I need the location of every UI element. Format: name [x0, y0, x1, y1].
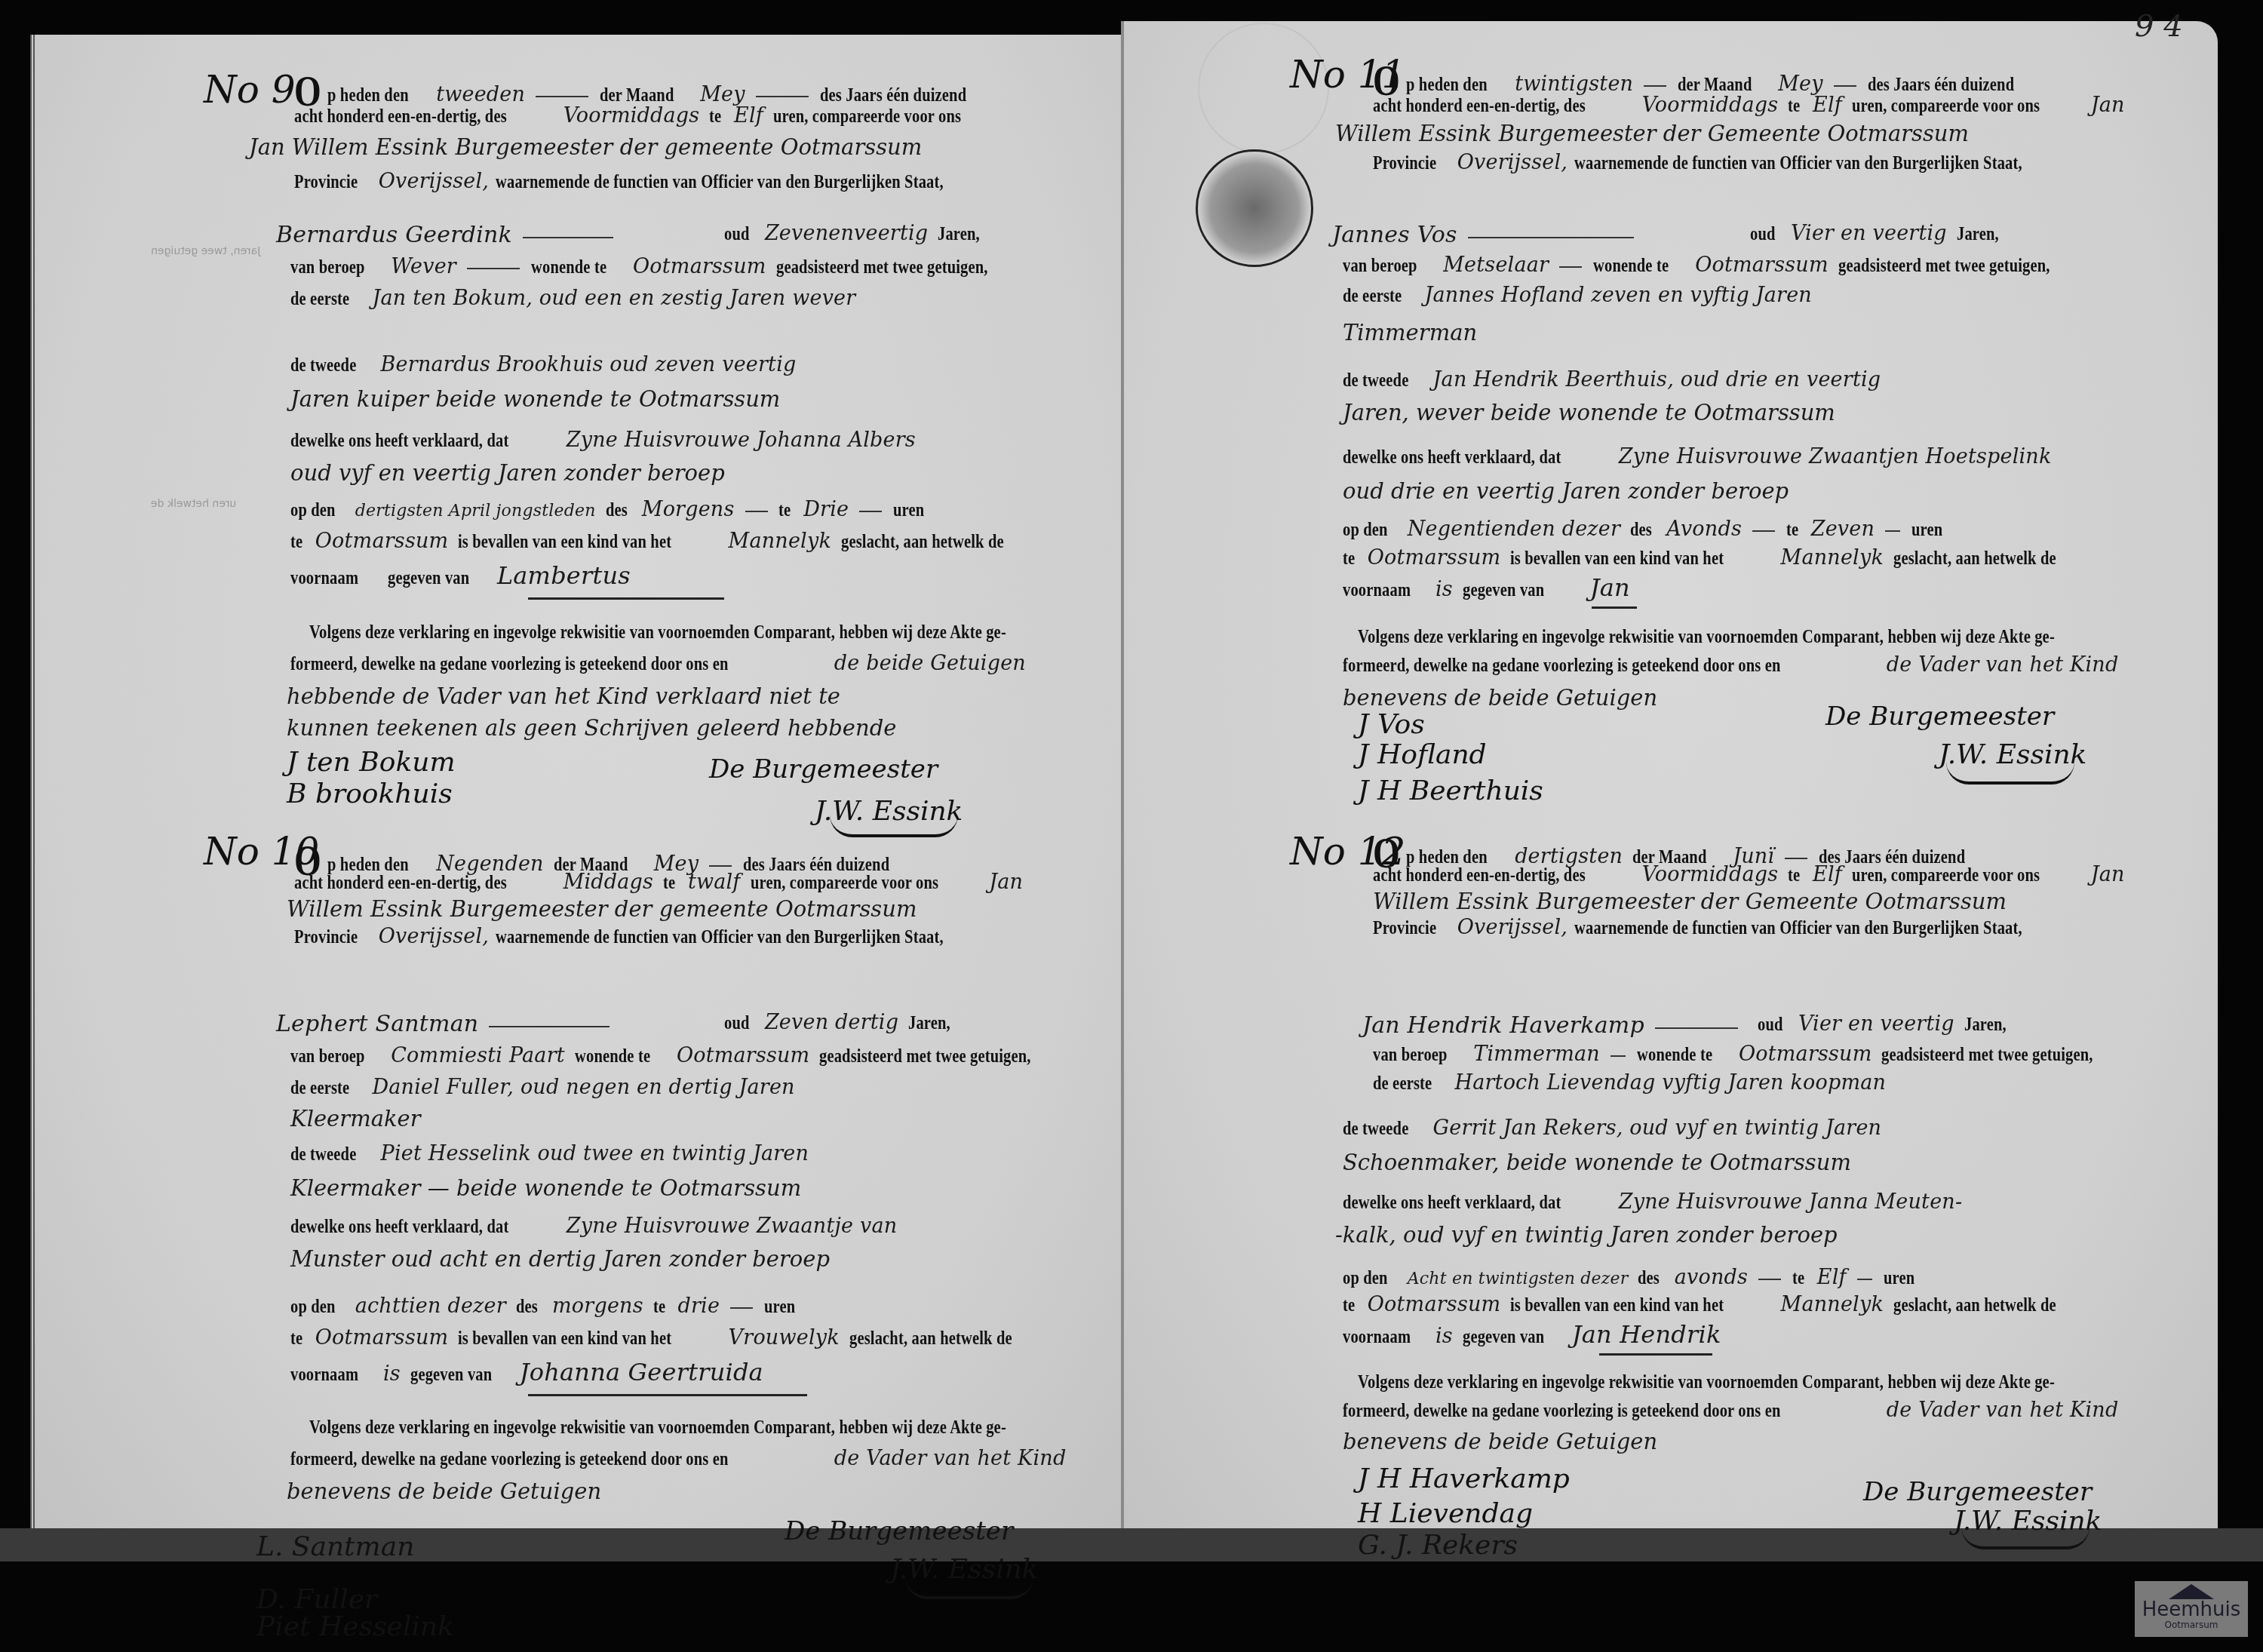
act-hour: Elf: [1813, 94, 1842, 117]
birth-date: Negentienden dezer: [1408, 517, 1620, 541]
witness-2-continued: Jaren, wever beide wonende te Ootmarssum: [1343, 400, 1835, 425]
child-name: Lambertus: [497, 561, 631, 590]
declarant-signature: J H Haverkamp: [1358, 1463, 1570, 1494]
mayor-title: De Burgemeester: [1825, 702, 2054, 732]
declarant-name: Lephert Santman: [276, 1011, 478, 1037]
child-name-underline: [1599, 1353, 1712, 1356]
official-name: Willem Essink Burgemeester der Gemeente …: [1373, 889, 2007, 914]
declarant-age: Vier en veertig: [1791, 222, 1947, 245]
declarant-name: Jan Hendrik Haverkamp: [1362, 1012, 1644, 1039]
child-name-underline: [1592, 606, 1637, 609]
birth-hour: Zeven: [1811, 517, 1875, 541]
bleed-through-text: uren hetwelk de: [151, 498, 236, 510]
official-name: Willem Essink Burgemeester der Gemeente …: [1335, 121, 1969, 146]
birth-place: Ootmarssum: [315, 530, 449, 553]
witness-2-continued: Jaren kuiper beide wonende te Ootmarssum: [290, 386, 780, 412]
official-name: Willem Essink Burgemeester der gemeente …: [287, 896, 917, 922]
signed-by-continued: benevens de beide Getuigen: [1343, 685, 1657, 711]
occupation: Metselaar: [1443, 253, 1549, 277]
birth-place: Ootmarssum: [1368, 1293, 1501, 1316]
signed-by: de Vader van het Kind: [1887, 1399, 2119, 1422]
witness-signature: Piet Hesselink: [256, 1611, 454, 1642]
occupation: Commiesti Paart: [391, 1044, 565, 1067]
birth-date: achttien dezer: [355, 1294, 506, 1318]
signature-flourish: [1946, 762, 2074, 785]
mayor-title: De Burgemeester: [1863, 1477, 2092, 1507]
official-name: Jan Willem Essink Burgemeester der gemee…: [249, 134, 922, 160]
declarant-signature: J Vos: [1358, 709, 1425, 740]
logo-place: Ootmarsum: [2135, 1620, 2248, 1629]
signed-by-continued: hebbende de Vader van het Kind verklaard…: [287, 683, 840, 709]
mother-continued: Munster oud acht en dertig Jaren zonder …: [290, 1246, 830, 1272]
folio-number: 9 4: [2135, 9, 2183, 44]
mayor-title: De Burgemeester: [709, 754, 938, 785]
act-daypart: Voormiddags: [563, 104, 700, 127]
child-name-underline: [528, 1394, 807, 1396]
act-daypart: Middags: [563, 871, 654, 894]
residence: Ootmarssum: [1739, 1042, 1872, 1066]
birth-place: Ootmarssum: [315, 1326, 449, 1350]
birth-hour: Drie: [803, 498, 849, 521]
birth-date: Acht en twintigsten dezer: [1408, 1270, 1629, 1288]
child-sex: Mannelyk: [1781, 546, 1884, 570]
declarant-age: Zeven dertig: [765, 1011, 898, 1034]
act-hour: Elf: [1813, 863, 1842, 886]
birth-hour: drie: [677, 1294, 720, 1318]
witness-signature: G. J. Rekers: [1358, 1530, 1518, 1561]
occupation: Timmerman: [1473, 1042, 1600, 1066]
declarant-signature: L. Santman: [256, 1531, 414, 1562]
declarant-age: Vier en veertig: [1798, 1012, 1954, 1036]
signed-by: de beide Getuigen: [834, 652, 1026, 675]
mother-continued: -kalk, oud vyf en twintig Jaren zonder b…: [1335, 1222, 1838, 1248]
bleed-through-text: Jaren, twee getuigen: [151, 245, 260, 257]
child-sex: Mannelyk: [1781, 1293, 1884, 1316]
act-day: twintigsten: [1515, 72, 1633, 96]
declarant-age: Zevenenveertig: [765, 222, 928, 245]
birth-daypart: Avonds: [1666, 517, 1742, 541]
residence: Ootmarssum: [1695, 253, 1829, 277]
birth-daypart: Morgens: [642, 498, 735, 521]
residence: Ootmarssum: [677, 1044, 810, 1067]
act-number: No 9: [204, 68, 296, 112]
witness-1: Jannes Hofland zeven en vyftig Jaren: [1424, 284, 1812, 307]
witness-2-continued: Schoenmaker, beide wonende te Ootmarssum: [1343, 1150, 1851, 1175]
mother-continued: oud drie en veertig Jaren zonder beroep: [1343, 478, 1789, 504]
signature-flourish: [1961, 1527, 2090, 1549]
witness-1: Daniel Fuller, oud negen en dertig Jaren: [372, 1076, 794, 1099]
witness-signature: D. Fuller: [256, 1584, 377, 1615]
birth-hour: Elf: [1817, 1266, 1847, 1289]
mayor-title: De Burgemeester: [785, 1516, 1013, 1546]
declarant-name: Bernardus Geerdink: [276, 222, 512, 248]
child-name: Jan Hendrik: [1572, 1320, 1721, 1349]
occupation: Wever: [391, 255, 456, 278]
signed-by-continued: benevens de beide Getuigen: [287, 1479, 601, 1504]
witness-2-continued: Kleermaker — beide wonende te Ootmarssum: [290, 1175, 801, 1201]
mother: Zyne Huisvrouwe Zwaantje van: [567, 1214, 897, 1238]
mother: Zyne Huisvrouwe Janna Meuten-: [1619, 1190, 1962, 1214]
house-roof-icon: [2169, 1584, 2214, 1599]
child-sex: Vrouwelyk: [729, 1326, 840, 1350]
witness-2: Bernardus Brookhuis oud zeven veertig: [381, 353, 797, 376]
witness-signature: J Hofland: [1358, 739, 1487, 770]
signed-by-continued: kunnen teekenen als geen Schrijven gelee…: [287, 715, 896, 741]
witness-1-continued: Kleermaker: [290, 1106, 421, 1132]
witness-signature: J H Beerthuis: [1358, 775, 1543, 806]
birth-daypart: morgens: [552, 1294, 643, 1318]
mother-continued: oud vyf en veertig Jaren zonder beroep: [290, 460, 725, 486]
witness-signature: H Lievendag: [1358, 1498, 1533, 1529]
witness-2: Piet Hesselink oud twee en twintig Jaren: [381, 1142, 809, 1165]
act-daypart: Voormiddags: [1642, 863, 1779, 886]
child-name: Jan: [1590, 573, 1630, 602]
act-daypart: Voormiddags: [1642, 94, 1779, 117]
declarant-name: Jannes Vos: [1332, 222, 1457, 248]
birth-daypart: avonds: [1675, 1266, 1748, 1289]
residence: Ootmarssum: [633, 255, 766, 278]
signed-by: de Vader van het Kind: [834, 1447, 1067, 1470]
birth-place: Ootmarssum: [1368, 546, 1501, 570]
child-sex: Mannelyk: [729, 530, 831, 553]
child-name-underline: [528, 597, 724, 600]
signed-by-continued: benevens de beide Getuigen: [1343, 1429, 1657, 1454]
signed-by: de Vader van het Kind: [1887, 653, 2119, 677]
act-hour: Elf: [734, 104, 763, 127]
witness-signature: J ten Bokum: [287, 747, 456, 778]
witness-2: Jan Hendrik Beerthuis, oud drie en veert…: [1433, 368, 1881, 392]
act-day: tweeden: [436, 83, 525, 106]
logo-name: Heemhuis: [2135, 1599, 2248, 1620]
act-month: Mey: [700, 83, 745, 106]
birth-date: dertigsten April jongstleden: [355, 502, 596, 520]
book-gutter: [1121, 21, 1124, 1530]
archive-logo: Heemhuis Ootmarsum: [2135, 1581, 2248, 1637]
mother: Zyne Huisvrouwe Zwaantjen Hoetspelink: [1619, 445, 2052, 468]
mother: Zyne Huisvrouwe Johanna Albers: [567, 428, 916, 452]
act-month: Mey: [1778, 72, 1822, 96]
witness-1-continued: Timmerman: [1343, 320, 1477, 345]
signature-flourish: [905, 1577, 1033, 1599]
child-name: Johanna Geertruida: [520, 1358, 763, 1386]
witness-1: Jan ten Bokum, oud een en zestig Jaren w…: [372, 287, 855, 310]
witness-2: Gerrit Jan Rekers, oud vyf en twintig Ja…: [1433, 1116, 1882, 1140]
ink-seal-stamp: [1196, 149, 1313, 267]
signature-flourish: [830, 815, 958, 837]
witness-1: Hartoch Lievendag vyftig Jaren koopman: [1454, 1071, 1886, 1095]
witness-signature: B brookhuis: [287, 778, 453, 809]
act-hour: twalf: [688, 871, 741, 894]
